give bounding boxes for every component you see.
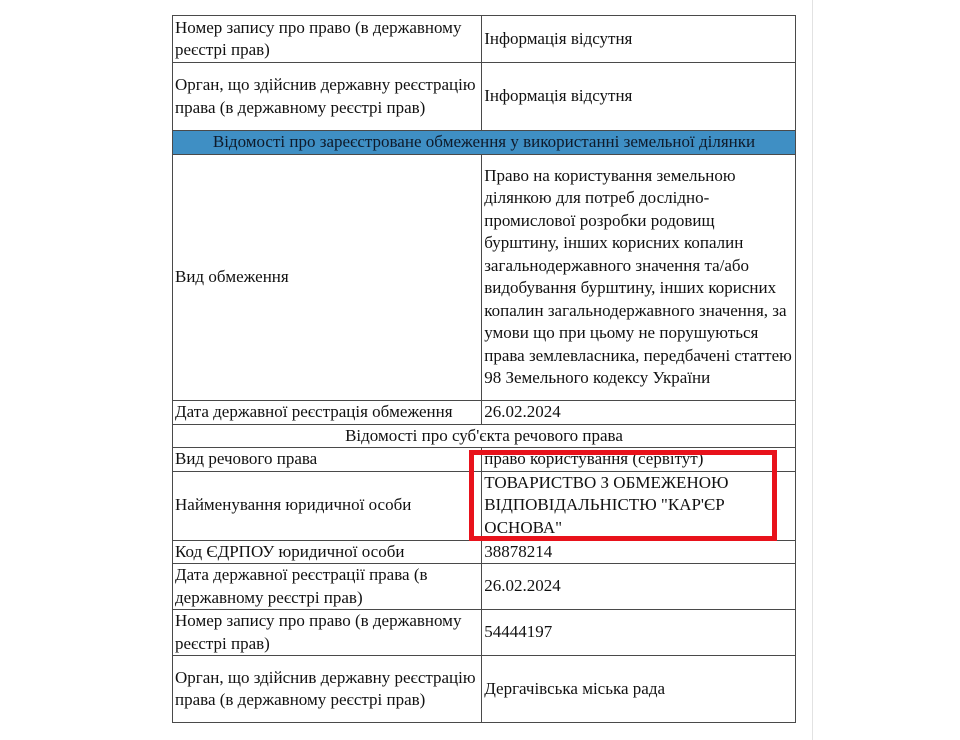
table-row: Орган, що здійснив державну реєстрацію п… (173, 656, 796, 723)
table-row: Найменування юридичної особи ТОВАРИСТВО … (173, 471, 796, 540)
table-row: Номер запису про право (в державному реє… (173, 16, 796, 63)
table-row: Вид обмеження Право на користування земе… (173, 154, 796, 400)
row-label: Номер запису про право (в державному реє… (173, 16, 482, 63)
row-value: 54444197 (482, 610, 796, 656)
table-row: Вид речового права право користування (с… (173, 448, 796, 472)
row-value: Інформація відсутня (482, 63, 796, 131)
section-title: Відомості про зареєстроване обмеження у … (173, 131, 796, 155)
table-row: Дата державної реєстрація обмеження 26.0… (173, 400, 796, 424)
row-label: Орган, що здійснив державну реєстрацію п… (173, 63, 482, 131)
row-label: Вид обмеження (173, 154, 482, 400)
row-label: Код ЄДРПОУ юридичної особи (173, 540, 482, 564)
page-edge-divider (812, 0, 813, 740)
table-row: Дата державної реєстрації права (в держа… (173, 564, 796, 610)
registry-table: Номер запису про право (в державному реє… (172, 15, 796, 723)
table-row: Орган, що здійснив державну реєстрацію п… (173, 63, 796, 131)
section-header-subject: Відомості про суб'єкта речового права (173, 424, 796, 448)
row-label: Орган, що здійснив державну реєстрацію п… (173, 656, 482, 723)
table-row: Номер запису про право (в державному реє… (173, 610, 796, 656)
row-value: Право на користування земельною ділянкою… (482, 154, 796, 400)
section-title: Відомості про суб'єкта речового права (173, 424, 796, 448)
row-value: ТОВАРИСТВО З ОБМЕЖЕНОЮ ВІДПОВІДАЛЬНІСТЮ … (482, 471, 796, 540)
row-value: 26.02.2024 (482, 564, 796, 610)
row-label: Дата державної реєстрації права (в держа… (173, 564, 482, 610)
row-label: Номер запису про право (в державному реє… (173, 610, 482, 656)
row-value: право користування (сервітут) (482, 448, 796, 472)
section-header-restriction: Відомості про зареєстроване обмеження у … (173, 131, 796, 155)
row-value: Дергачівська міська рада (482, 656, 796, 723)
row-label: Дата державної реєстрація обмеження (173, 400, 482, 424)
row-label: Вид речового права (173, 448, 482, 472)
row-value: 38878214 (482, 540, 796, 564)
row-value: 26.02.2024 (482, 400, 796, 424)
table-row: Код ЄДРПОУ юридичної особи 38878214 (173, 540, 796, 564)
row-label: Найменування юридичної особи (173, 471, 482, 540)
row-value: Інформація відсутня (482, 16, 796, 63)
